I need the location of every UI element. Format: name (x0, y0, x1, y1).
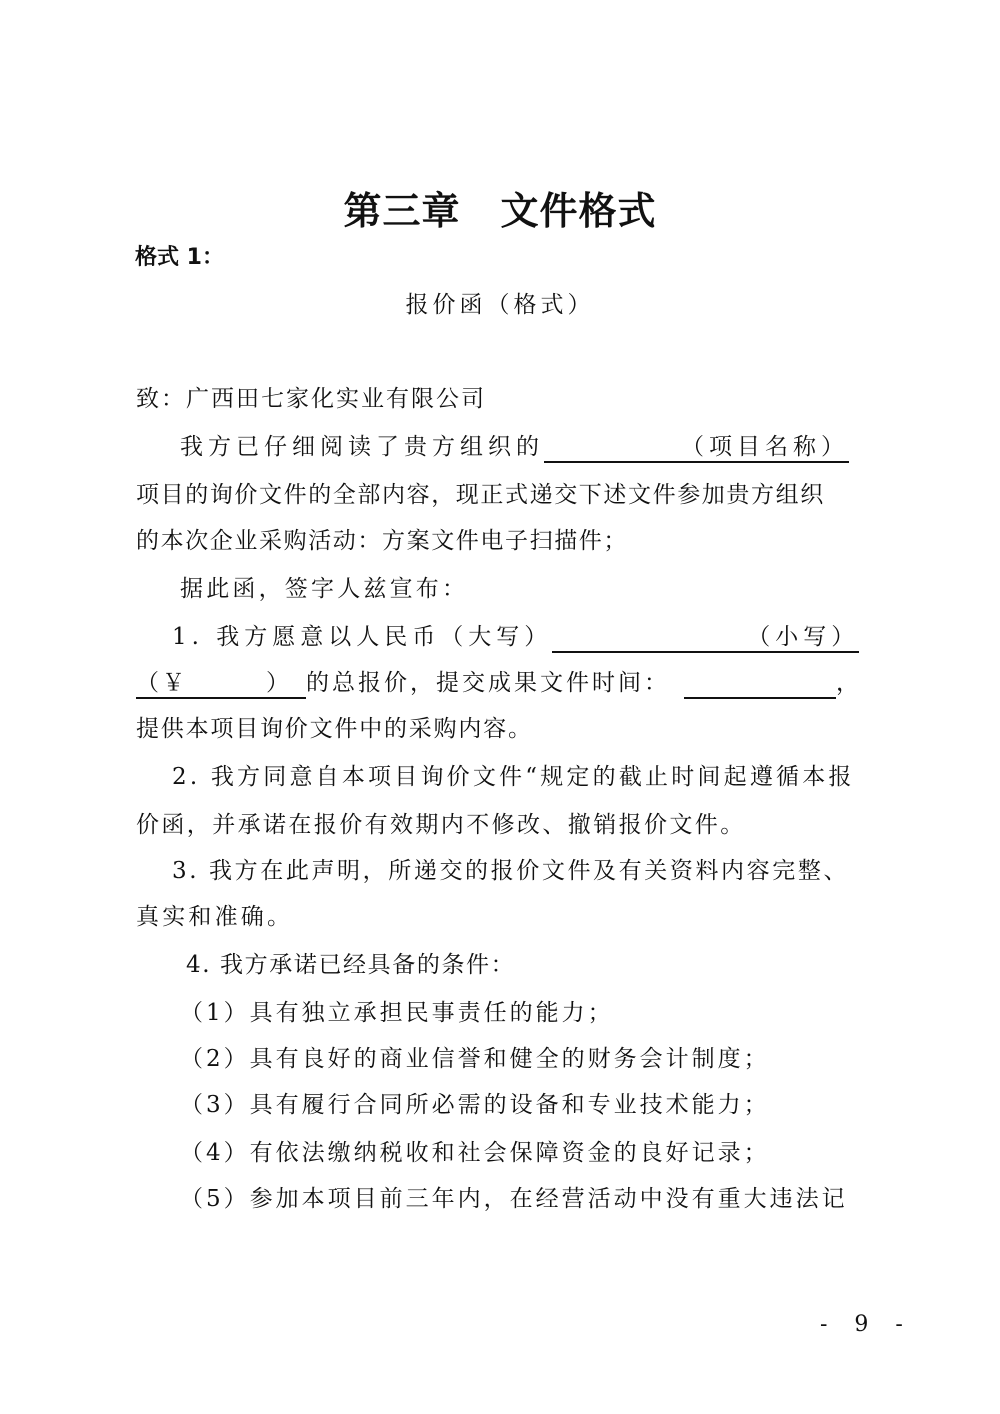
item1-text: 1. 我方愿意以人民币（大写） (172, 624, 552, 650)
item1-line3: 提供本项目询价文件中的采购内容。 (136, 710, 533, 743)
comma: ， (836, 670, 862, 696)
form-subtitle: 报价函（格式） (0, 286, 1000, 319)
yen-label: （￥ (136, 670, 188, 696)
declaration-intro: 据此函，签字人兹宣布： (180, 570, 468, 603)
item2-line2: 价函，并承诺在报价有效期内不修改、撤销报价文件。 (136, 806, 746, 839)
chapter-name: 文件格式 (501, 188, 657, 233)
project-name-blank[interactable]: （项目名称） (544, 433, 849, 463)
condition-item: （1）具有独立承担民事责任的能力； (180, 994, 614, 1027)
submission-time-blank[interactable] (684, 669, 836, 699)
item3-line1: 3. 我方在此声明，所递交的报价文件及有关资料内容完整、 (172, 852, 849, 885)
item4-heading: 4. 我方承诺已经具备的条件： (186, 946, 515, 979)
addressee: 致：广西田七家化实业有限公司 (136, 380, 486, 413)
condition-item: （2）具有良好的商业信誉和健全的财务会计制度； (180, 1040, 770, 1073)
para1-line3: 的本次企业采购活动：方案文件电子扫描件； (136, 522, 628, 555)
item1-line2: （￥）的总报价，提交成果文件时间： ， (136, 664, 862, 699)
para1-line1: 我方已仔细阅读了贵方组织的（项目名称） (180, 428, 849, 463)
page-number: - 9 - (820, 1312, 913, 1337)
format-label: 格式 1： (135, 240, 224, 271)
chapter-number: 第三章 (343, 188, 460, 233)
item3-line2: 真实和准确。 (136, 898, 293, 931)
item1-mid-text: 的总报价，提交成果文件时间： (306, 670, 670, 696)
amount-yen-blank[interactable]: （￥） (136, 669, 306, 699)
project-name-label: （项目名称） (681, 434, 849, 460)
para1-text: 我方已仔细阅读了贵方组织的 (180, 434, 544, 460)
item1-line1: 1. 我方愿意以人民币（大写）（小写） (172, 618, 859, 653)
para1-line2: 项目的询价文件的全部内容，现正式递交下述文件参加贵方组织 (136, 476, 825, 509)
amount-uppercase-blank[interactable]: （小写） (552, 623, 859, 653)
condition-item: （4）有依法缴纳税收和社会保障资金的良好记录； (180, 1134, 770, 1167)
condition-item: （3）具有履行合同所必需的设备和专业技术能力； (180, 1086, 770, 1119)
condition-item: （5）参加本项目前三年内，在经营活动中没有重大违法记 (180, 1180, 848, 1213)
item2-line1: 2. 我方同意自本项目询价文件“规定的截止时间起遵循本报 (172, 758, 855, 791)
yen-close: ） (266, 670, 292, 696)
chapter-title: 第三章文件格式 (0, 180, 1000, 235)
amount-lowercase-label: （小写） (747, 624, 859, 650)
